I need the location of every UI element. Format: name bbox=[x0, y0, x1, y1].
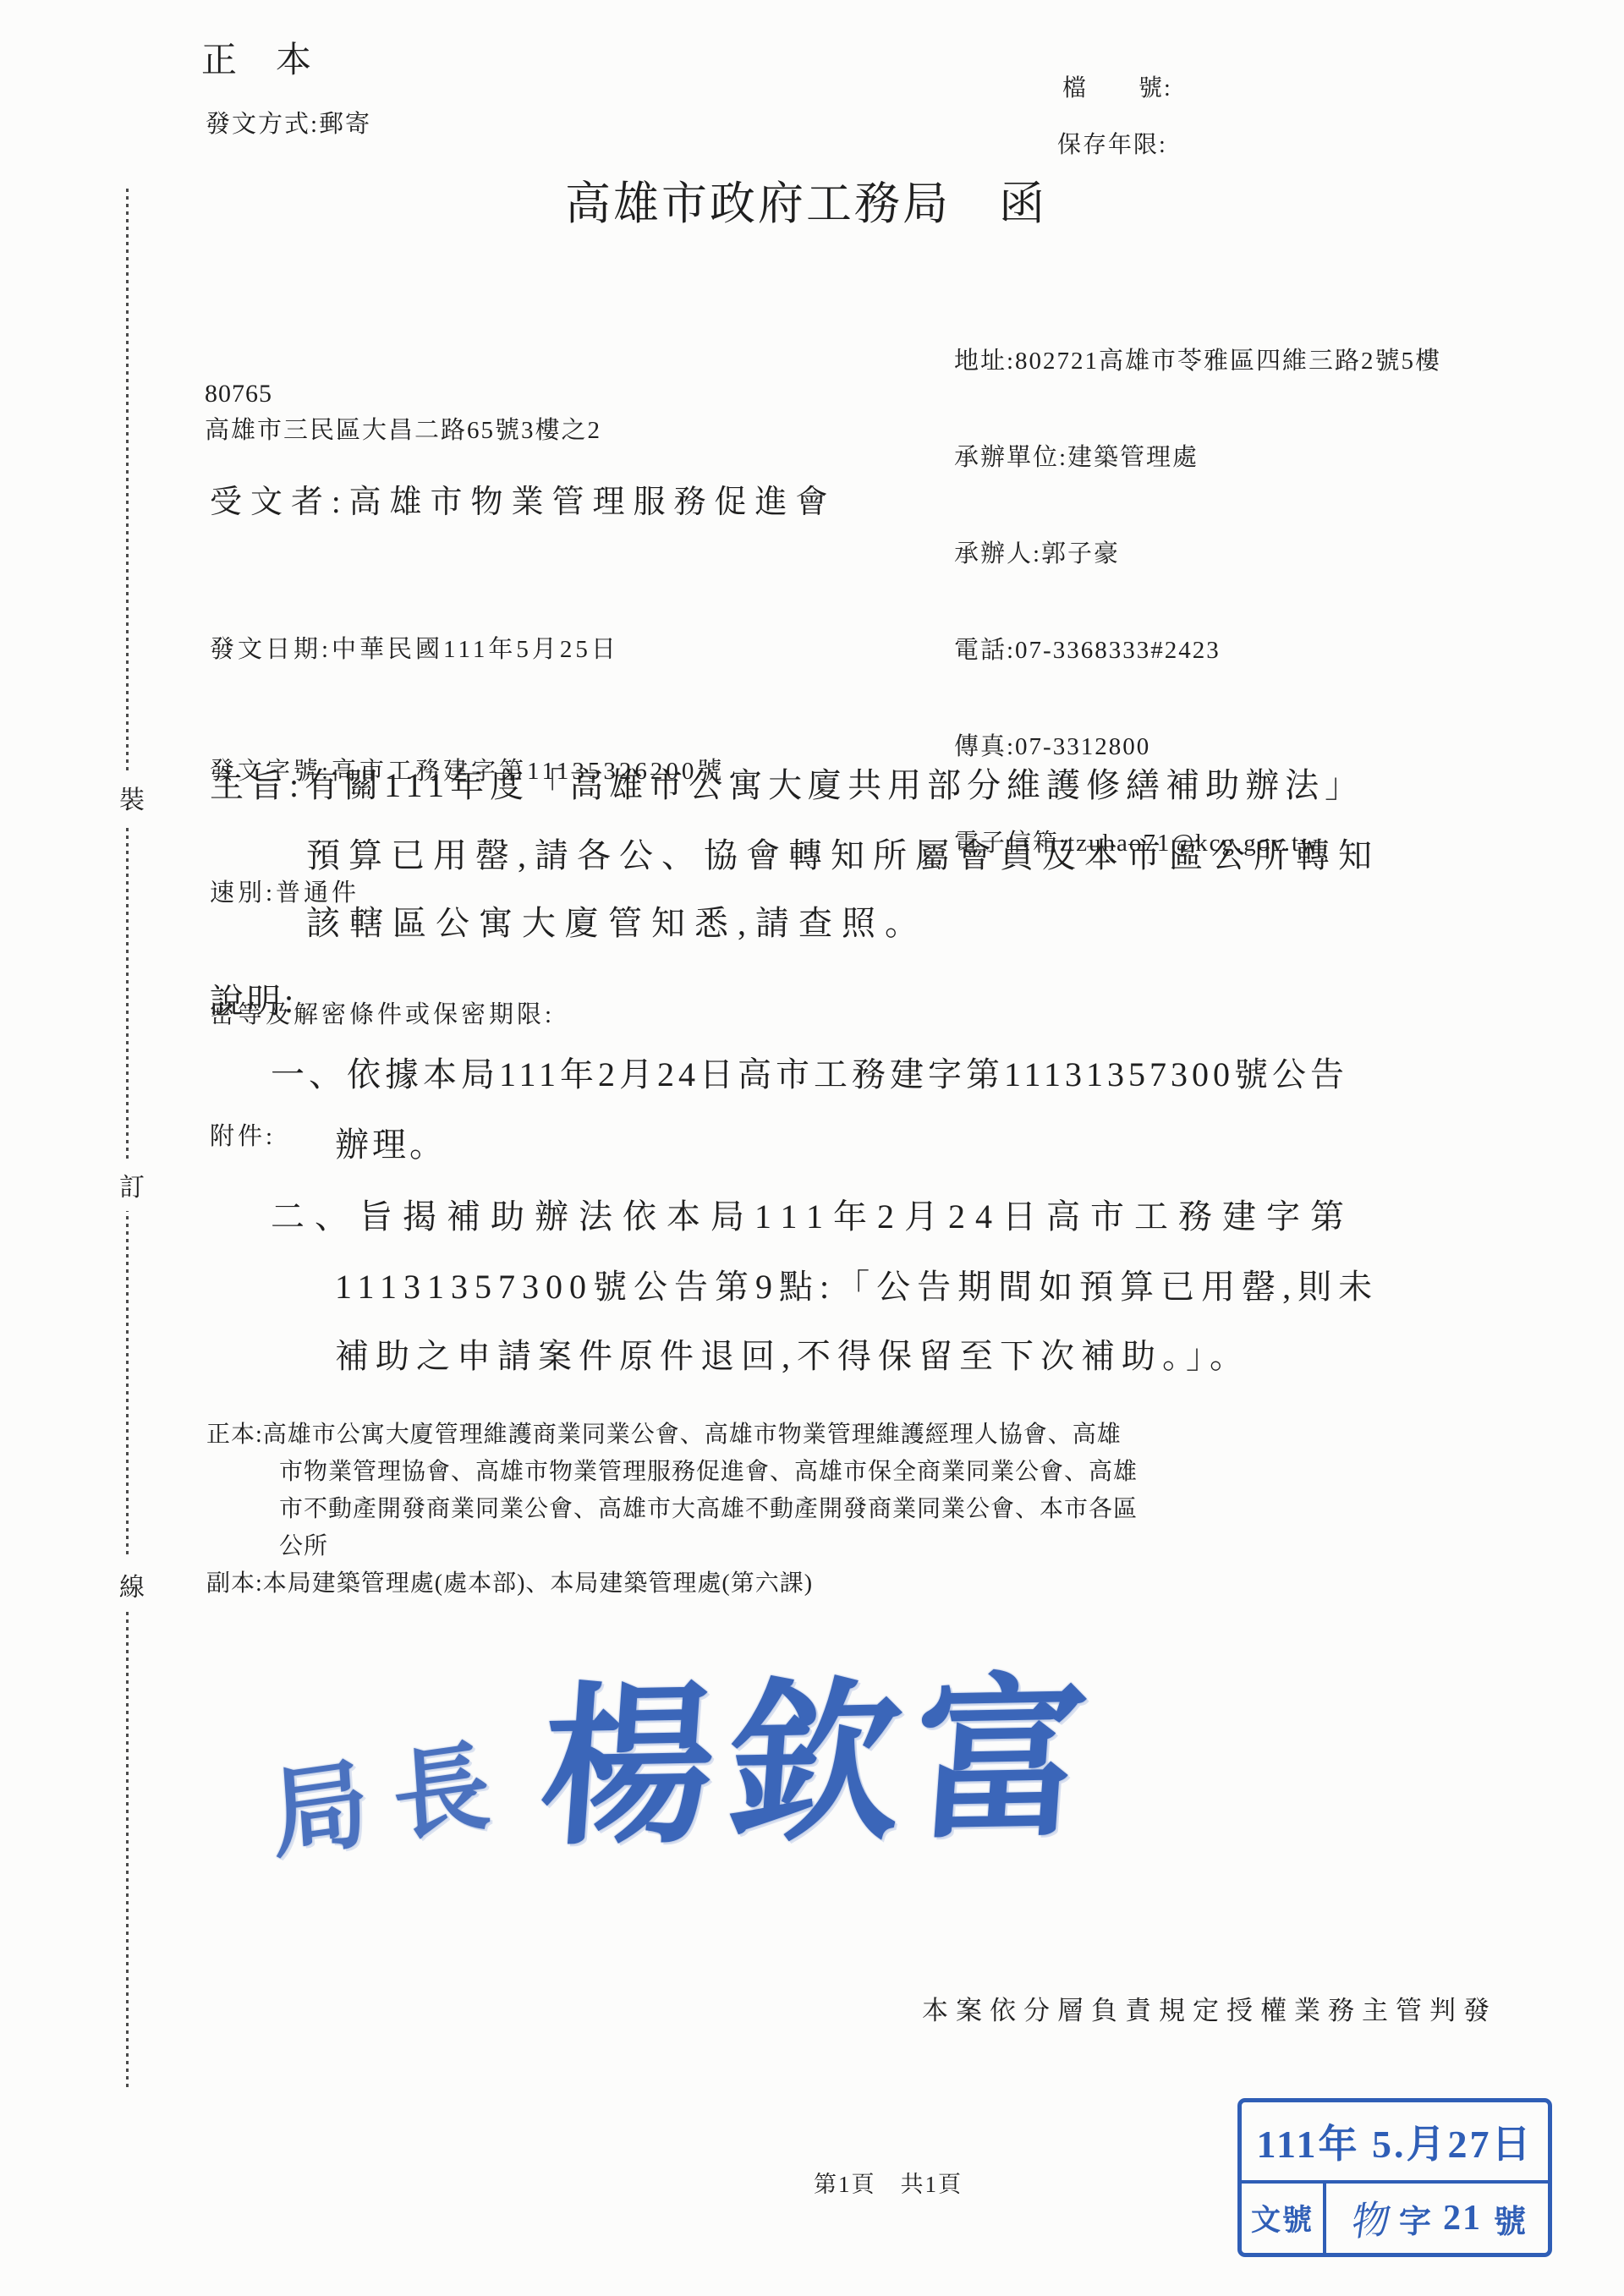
explanation-item2-line3: 補助之申請案件原件退回,不得保留至下次補助。」。 bbox=[335, 1336, 1250, 1376]
explanation-item2-line1: 二、旨揭補助辦法依本局111年2月24日高市工務建字第 bbox=[271, 1197, 1354, 1236]
binding-dotted-line bbox=[126, 189, 129, 2088]
contact-block: 地址:802721高雄市苓雅區四維三路2號5樓 承辦單位:建築管理處 承辦人:郭… bbox=[954, 281, 1441, 923]
contact-unit: 承辦單位:建築管理處 bbox=[954, 441, 1441, 474]
retention-period-label: 保存年限: bbox=[1057, 131, 1167, 159]
explanation-item1-line1: 一、依據本局111年2月24日高市工務建字第11131357300號公告 bbox=[271, 1055, 1348, 1094]
cc-original-line3: 市不動產開發商業同業公會、高雄市大高雄不動產開發商業同業公會、本市各區 bbox=[279, 1495, 1138, 1523]
page-footer: 第1頁 共1頁 bbox=[814, 2172, 963, 2199]
meta-attachment: 附件: bbox=[210, 1116, 725, 1157]
stamp-case-num: 21 bbox=[1443, 2198, 1482, 2238]
stamp-case-word: 字 bbox=[1399, 2195, 1431, 2242]
stamp-case-unit: 號 bbox=[1494, 2195, 1526, 2242]
explanation-label: 說明: bbox=[210, 981, 297, 1021]
cc-original-line4: 公所 bbox=[279, 1532, 328, 1560]
official-letter-page: 裝 訂 線 正 本 發文方式:郵寄 檔 號: 保存年限: 高雄市政府工務局 函 … bbox=[0, 0, 1624, 2296]
explanation-item2-line2: 11131357300號公告第9點:「公告期間如預算已用罄,則未 bbox=[335, 1267, 1379, 1307]
recipient-zip: 80765 bbox=[205, 379, 272, 408]
contact-person: 承辦人:郭子豪 bbox=[954, 538, 1441, 570]
delivery-method: 發文方式:郵寄 bbox=[206, 110, 371, 139]
contact-address: 地址:802721高雄市苓雅區四維三路2號5樓 bbox=[954, 345, 1441, 377]
stamp-date: 111年 5.月27日 bbox=[1242, 2102, 1548, 2184]
recipient-line: 受文者:高雄市物業管理服務促進會 bbox=[210, 484, 837, 522]
meta-issue-date: 發文日期:中華民國111年5月25日 bbox=[210, 629, 725, 670]
stamp-case-char: 物 bbox=[1346, 2189, 1391, 2248]
cc-original-line1: 正本:高雄市公寓大廈管理維護商業同業公會、高雄市物業管理維護經理人協會、高雄 bbox=[206, 1421, 1122, 1449]
received-date-stamp: 111年 5.月27日 文號 物 字 21 號 bbox=[1237, 2098, 1552, 2257]
binding-mark-ding: 訂 bbox=[117, 1159, 147, 1211]
stamp-case-number: 物 字 21 號 bbox=[1326, 2184, 1548, 2253]
document-title: 高雄市政府工務局 函 bbox=[565, 178, 1047, 232]
signature-name: 楊欽富 bbox=[535, 1657, 1107, 1871]
cc-copy-line: 副本:本局建築管理處(處本部)、本局建築管理處(第六課) bbox=[206, 1570, 813, 1597]
signature-title: 局長 bbox=[268, 1725, 519, 1874]
explanation-item1-line2: 辦理。 bbox=[335, 1125, 447, 1164]
file-number-label: 檔 號: bbox=[1062, 74, 1172, 102]
binding-mark-xian: 線 bbox=[117, 1559, 147, 1611]
copy-type-label: 正 本 bbox=[201, 41, 313, 83]
contact-phone: 電話:07-3368333#2423 bbox=[954, 634, 1441, 666]
subject-line-1: 主旨:有關111年度「高雄市公寓大廈共用部分維護修繕補助辦法」 bbox=[210, 765, 1364, 805]
cc-original-line2: 市物業管理協會、高雄市物業管理服務促進會、高雄市保全商業同業公會、高雄 bbox=[279, 1458, 1138, 1486]
stamp-bottom-row: 文號 物 字 21 號 bbox=[1242, 2184, 1548, 2253]
subject-line-3: 該轄區公寓大廈管知悉,請查照。 bbox=[306, 903, 928, 943]
subject-line-2: 預算已用罄,請各公、協會轉知所屬會員及本市區公所轉知 bbox=[306, 836, 1380, 875]
contact-fax: 傳真:07-3312800 bbox=[954, 731, 1441, 763]
recipient-address: 高雄市三民區大昌二路65號3樓之2 bbox=[205, 416, 601, 445]
stamp-doc-number-label: 文號 bbox=[1242, 2184, 1326, 2253]
meta-block: 發文日期:中華民國111年5月25日 發文字號:高市工務建字第111353262… bbox=[210, 548, 725, 1238]
binding-mark-zhuang: 裝 bbox=[117, 771, 147, 824]
authorization-note: 本案依分層負責規定授權業務主管判發 bbox=[922, 1996, 1497, 2027]
